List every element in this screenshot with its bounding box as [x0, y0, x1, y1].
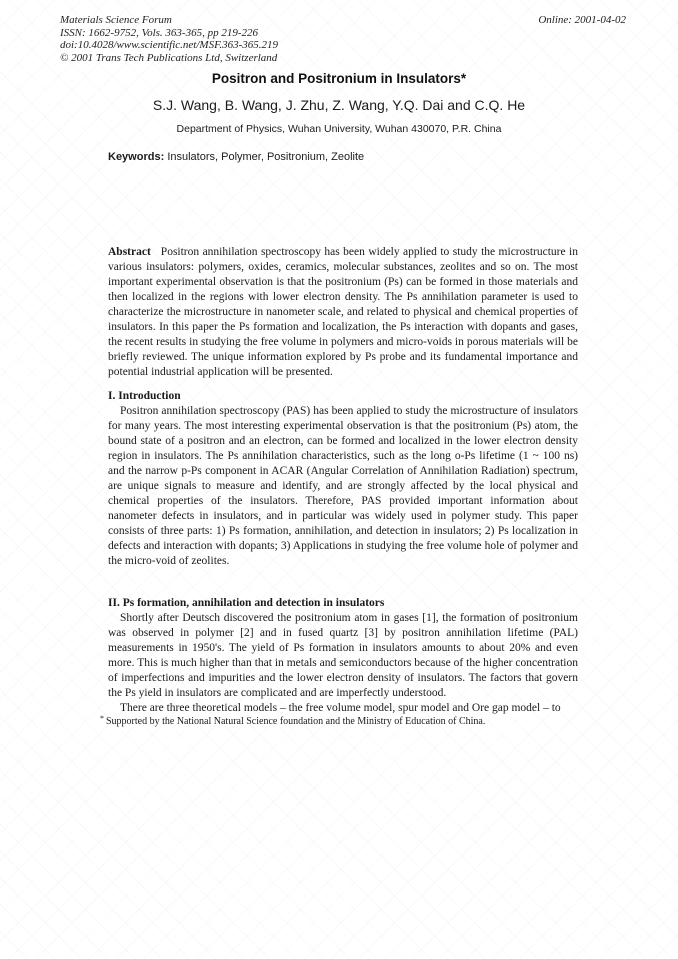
section-heading-ps-formation: II. Ps formation, annihilation and detec…: [108, 596, 578, 611]
paper-title: Positron and Positronium in Insulators*: [0, 71, 678, 86]
abstract-paragraph: AbstractPositron annihilation spectrosco…: [108, 245, 578, 380]
introduction-paragraph: Positron annihilation spectroscopy (PAS)…: [108, 404, 578, 569]
journal-header: Materials Science Forum ISSN: 1662-9752,…: [60, 14, 626, 64]
article-body: AbstractPositron annihilation spectrosco…: [108, 245, 578, 716]
keywords-line: Keywords: Insulators, Polymer, Positroni…: [108, 151, 364, 163]
section-heading-introduction: I. Introduction: [108, 389, 578, 404]
publication-info: Materials Science Forum ISSN: 1662-9752,…: [60, 14, 278, 64]
doi-line: doi:10.4028/www.scientific.net/MSF.363-3…: [60, 39, 278, 52]
keywords-label: Keywords:: [108, 151, 164, 163]
journal-name: Materials Science Forum: [60, 14, 278, 27]
online-date: Online: 2001-04-02: [538, 14, 626, 27]
footnote-text: Supported by the National Natural Scienc…: [106, 716, 485, 727]
issn-volume-pages: ISSN: 1662-9752, Vols. 363-365, pp 219-2…: [60, 27, 278, 40]
copyright-line: © 2001 Trans Tech Publications Ltd, Swit…: [60, 52, 278, 65]
abstract-label: Abstract: [108, 246, 161, 258]
author-list: S.J. Wang, B. Wang, J. Zhu, Z. Wang, Y.Q…: [0, 97, 678, 113]
scanned-paper-page: { "colors": { "background": "#ffffff", "…: [0, 0, 678, 959]
affiliation: Department of Physics, Wuhan University,…: [0, 123, 678, 135]
support-footnote: *Supported by the National Natural Scien…: [100, 712, 570, 728]
ps-formation-paragraph-1: Shortly after Deutsch discovered the pos…: [108, 611, 578, 701]
abstract-text: Positron annihilation spectroscopy has b…: [108, 246, 578, 378]
keywords-text: Insulators, Polymer, Positronium, Zeolit…: [167, 151, 364, 163]
